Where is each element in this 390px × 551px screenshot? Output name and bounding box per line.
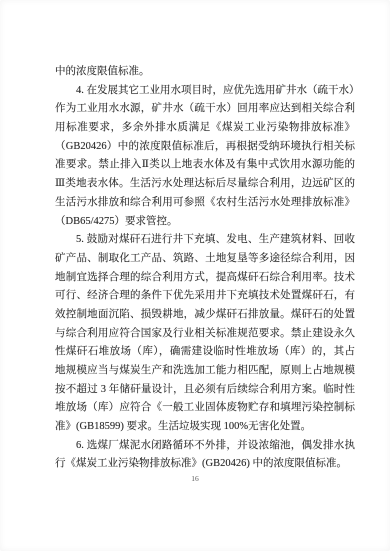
text-line: 按不超过 3 年储矸量设计，且必须有后续综合利用方案。临时性: [55, 381, 355, 400]
page-number: 16: [0, 473, 390, 485]
text-line: 生活污水排放和综合利用可参照《农村生活污水处理排放标准》: [55, 194, 355, 213]
text-line: 矿产品、制取化工产品、筑路、土地复垦等多途径综合利用，因: [55, 250, 355, 269]
text-line: 中的浓度限值标准。: [55, 63, 355, 82]
text-line: 准》(GB18599) 要求。生活垃圾实现 100%无害化处置。: [55, 418, 355, 437]
text-line: 准要求。禁止排入Ⅱ类以上地表水体及有集中式饮用水源功能的: [55, 156, 355, 175]
text-line: 作为工业用水水源，矿井水（疏干水）回用率应达到相关综合利: [55, 100, 355, 119]
text-line: 与综合利用应符合国家及行业相关标准规范要求。禁止建设永久: [55, 325, 355, 344]
scanned-document-view: 中的浓度限值标准。4. 在发展其它工业用水项目时，应优先选用矿井水（疏干水）作为…: [0, 0, 390, 551]
text-line: 地规模应当与煤炭生产和洗选加工能力相匹配，原则上占地规模: [55, 362, 355, 381]
text-line: （GB20426）中的浓度限值标准后，再根据受纳环境执行相关标: [55, 138, 355, 157]
text-line: 堆放场（库）应符合《一般工业固体废物贮存和填埋污染控制标: [55, 399, 355, 418]
text-line: 4. 在发展其它工业用水项目时，应优先选用矿井水（疏干水）: [55, 82, 355, 101]
body-text: 中的浓度限值标准。4. 在发展其它工业用水项目时，应优先选用矿井水（疏干水）作为…: [55, 63, 355, 474]
text-line: 性煤矸石堆放场（库），确需建设临时性堆放场（库）的，其占: [55, 343, 355, 362]
text-line: 可行、经济合理的条件下优先采用井下充填技术处置煤矸石，有: [55, 287, 355, 306]
text-line: 用标准要求，多余外排水质满足《煤炭工业污染物排放标准》: [55, 119, 355, 138]
text-line: Ⅲ类地表水体。生活污水处理达标后尽量综合利用，边远矿区的: [55, 175, 355, 194]
text-line: 行《煤炭工业污染物排放标准》(GB20426) 中的浓度限值标准。: [55, 455, 355, 474]
text-line: （DB65/4275）要求管控。: [55, 213, 355, 232]
text-line: 地制宜选择合理的综合利用方式，提高煤矸石综合利用率。技术: [55, 269, 355, 288]
document-page: 中的浓度限值标准。4. 在发展其它工业用水项目时，应优先选用矿井水（疏干水）作为…: [0, 0, 390, 551]
text-line: 6. 选煤厂煤泥水闭路循环不外排，并设浓缩池，偶发排水执: [55, 437, 355, 456]
text-line: 效控制地面沉陷、损毁耕地，减少煤矸石排放量。煤矸石的处置: [55, 306, 355, 325]
text-line: 5. 鼓励对煤矸石进行井下充填、发电、生产建筑材料、回收: [55, 231, 355, 250]
